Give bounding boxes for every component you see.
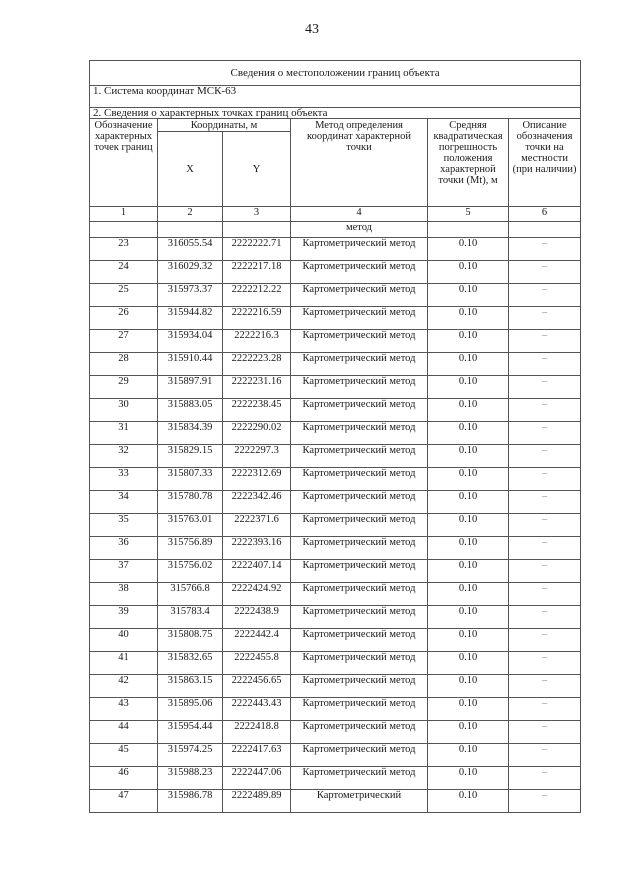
coord-y-cell: 2222447.06 — [223, 767, 291, 790]
method-cell: Картометрический метод — [291, 583, 428, 606]
table-row: 40315808.752222442.4Картометрический мет… — [90, 629, 581, 652]
table-title: Сведения о местоположении границ объекта — [90, 61, 581, 86]
description-cell: – — [509, 307, 581, 330]
point-number-cell: 44 — [90, 721, 158, 744]
table-row: 46315988.232222447.06Картометрический ме… — [90, 767, 581, 790]
error-cell: 0.10 — [428, 698, 509, 721]
point-number-cell: 32 — [90, 445, 158, 468]
method-cell: Картометрический метод — [291, 353, 428, 376]
method-cell: Картометрический метод — [291, 422, 428, 445]
method-cell: Картометрический метод — [291, 560, 428, 583]
point-number-cell: 28 — [90, 353, 158, 376]
section-title: 2. Сведения о характерных точках границ … — [90, 108, 581, 119]
coord-x-cell: 315756.89 — [158, 537, 223, 560]
coord-x-cell: 315834.39 — [158, 422, 223, 445]
coord-y-cell: 2222238.45 — [223, 399, 291, 422]
empty-cell — [509, 222, 581, 238]
error-cell: 0.10 — [428, 307, 509, 330]
coord-x-cell: 315895.06 — [158, 698, 223, 721]
table-row: 27315934.042222216.3Картометрический мет… — [90, 330, 581, 353]
description-cell: – — [509, 445, 581, 468]
coord-x-cell: 315883.05 — [158, 399, 223, 422]
empty-cell — [223, 222, 291, 238]
point-number-cell: 45 — [90, 744, 158, 767]
page-number: 43 — [0, 22, 624, 38]
table-row: 24316029.322222217.18Картометрический ме… — [90, 261, 581, 284]
point-number-cell: 46 — [90, 767, 158, 790]
method-cell: Картометрический метод — [291, 675, 428, 698]
method-cell: Картометрический метод — [291, 307, 428, 330]
coord-y-cell: 2222438.9 — [223, 606, 291, 629]
table-row: 37315756.022222407.14Картометрический ме… — [90, 560, 581, 583]
table-row: 44315954.442222418.8Картометрический мет… — [90, 721, 581, 744]
coord-x-cell: 315756.02 — [158, 560, 223, 583]
description-cell: – — [509, 422, 581, 445]
carryover-row: метод — [90, 222, 581, 238]
coord-y-cell: 2222222.71 — [223, 238, 291, 261]
description-cell: – — [509, 790, 581, 813]
header-error: Средняя квадратическая погрешность полож… — [428, 119, 509, 207]
table-row: 34315780.782222342.46Картометрический ме… — [90, 491, 581, 514]
error-cell: 0.10 — [428, 514, 509, 537]
point-number-cell: 31 — [90, 422, 158, 445]
table-row: 23316055.542222222.71Картометрический ме… — [90, 238, 581, 261]
point-number-cell: 36 — [90, 537, 158, 560]
error-cell: 0.10 — [428, 399, 509, 422]
error-cell: 0.10 — [428, 560, 509, 583]
table-row: 25315973.372222212.22Картометрический ме… — [90, 284, 581, 307]
description-cell: – — [509, 560, 581, 583]
header-description: Описание обозначения точки на местности … — [509, 119, 581, 207]
description-cell: – — [509, 468, 581, 491]
coord-y-cell: 2222442.4 — [223, 629, 291, 652]
table-row: 41315832.652222455.8Картометрический мет… — [90, 652, 581, 675]
coord-y-cell: 2222418.8 — [223, 721, 291, 744]
header-point-designation: Обозначение характерных точек границ — [90, 119, 158, 207]
description-cell: – — [509, 537, 581, 560]
coord-x-cell: 315863.15 — [158, 675, 223, 698]
empty-cell — [158, 222, 223, 238]
description-cell: – — [509, 744, 581, 767]
column-number: 1 — [90, 207, 158, 222]
method-cell: Картометрический метод — [291, 767, 428, 790]
coord-y-cell: 2222393.16 — [223, 537, 291, 560]
point-number-cell: 40 — [90, 629, 158, 652]
carryover-method: метод — [291, 222, 428, 238]
method-cell: Картометрический метод — [291, 330, 428, 353]
point-number-cell: 42 — [90, 675, 158, 698]
coord-y-cell: 2222217.18 — [223, 261, 291, 284]
method-cell: Картометрический метод — [291, 514, 428, 537]
error-cell: 0.10 — [428, 744, 509, 767]
point-number-cell: 25 — [90, 284, 158, 307]
method-cell: Картометрический метод — [291, 238, 428, 261]
point-number-cell: 43 — [90, 698, 158, 721]
method-cell: Картометрический метод — [291, 744, 428, 767]
coord-y-cell: 2222489.89 — [223, 790, 291, 813]
header-x: X — [158, 132, 223, 207]
empty-cell — [90, 222, 158, 238]
table-row: 35315763.012222371.6Картометрический мет… — [90, 514, 581, 537]
column-number: 5 — [428, 207, 509, 222]
description-cell: – — [509, 238, 581, 261]
description-cell: – — [509, 353, 581, 376]
table-row: 31315834.392222290.02Картометрический ме… — [90, 422, 581, 445]
error-cell: 0.10 — [428, 468, 509, 491]
column-number: 2 — [158, 207, 223, 222]
point-number-cell: 37 — [90, 560, 158, 583]
point-number-cell: 38 — [90, 583, 158, 606]
point-number-cell: 47 — [90, 790, 158, 813]
table-row: 42315863.152222456.65Картометрический ме… — [90, 675, 581, 698]
coord-x-cell: 315783.4 — [158, 606, 223, 629]
coord-y-cell: 2222342.46 — [223, 491, 291, 514]
description-cell: – — [509, 261, 581, 284]
table-row: 26315944.822222216.59Картометрический ме… — [90, 307, 581, 330]
description-cell: – — [509, 330, 581, 353]
coord-y-cell: 2222456.65 — [223, 675, 291, 698]
coord-y-cell: 2222424.92 — [223, 583, 291, 606]
error-cell: 0.10 — [428, 583, 509, 606]
method-cell: Картометрический метод — [291, 261, 428, 284]
table-row: 39315783.42222438.9Картометрический мето… — [90, 606, 581, 629]
description-cell: – — [509, 514, 581, 537]
error-cell: 0.10 — [428, 238, 509, 261]
coord-x-cell: 315986.78 — [158, 790, 223, 813]
coord-y-cell: 2222312.69 — [223, 468, 291, 491]
point-number-cell: 33 — [90, 468, 158, 491]
coord-y-cell: 2222212.22 — [223, 284, 291, 307]
error-cell: 0.10 — [428, 284, 509, 307]
point-number-cell: 34 — [90, 491, 158, 514]
method-cell: Картометрический метод — [291, 284, 428, 307]
error-cell: 0.10 — [428, 353, 509, 376]
coord-x-cell: 315974.25 — [158, 744, 223, 767]
description-cell: – — [509, 399, 581, 422]
method-cell: Картометрический метод — [291, 698, 428, 721]
table-row: 33315807.332222312.69Картометрический ме… — [90, 468, 581, 491]
coordinate-system: 1. Система координат МСК-63 — [90, 86, 581, 108]
method-cell: Картометрический метод — [291, 721, 428, 744]
error-cell: 0.10 — [428, 767, 509, 790]
coord-y-cell: 2222407.14 — [223, 560, 291, 583]
error-cell: 0.10 — [428, 629, 509, 652]
column-numbers-row: 1 2 3 4 5 6 — [90, 207, 581, 222]
error-cell: 0.10 — [428, 790, 509, 813]
coord-y-cell: 2222216.59 — [223, 307, 291, 330]
boundary-points-table: Сведения о местоположении границ объекта… — [89, 60, 581, 813]
point-number-cell: 27 — [90, 330, 158, 353]
description-cell: – — [509, 376, 581, 399]
table-row: 47315986.782222489.89Картометрический0.1… — [90, 790, 581, 813]
description-cell: – — [509, 491, 581, 514]
description-cell: – — [509, 675, 581, 698]
error-cell: 0.10 — [428, 537, 509, 560]
error-cell: 0.10 — [428, 491, 509, 514]
point-number-cell: 35 — [90, 514, 158, 537]
point-number-cell: 41 — [90, 652, 158, 675]
header-y: Y — [223, 132, 291, 207]
coord-y-cell: 2222290.02 — [223, 422, 291, 445]
table-row: 28315910.442222223.28Картометрический ме… — [90, 353, 581, 376]
method-cell: Картометрический метод — [291, 399, 428, 422]
coord-x-cell: 316055.54 — [158, 238, 223, 261]
coord-x-cell: 316029.32 — [158, 261, 223, 284]
point-number-cell: 29 — [90, 376, 158, 399]
description-cell: – — [509, 698, 581, 721]
coord-y-cell: 2222297.3 — [223, 445, 291, 468]
method-cell: Картометрический метод — [291, 445, 428, 468]
coord-y-cell: 2222231.16 — [223, 376, 291, 399]
coord-y-cell: 2222417.63 — [223, 744, 291, 767]
point-number-cell: 39 — [90, 606, 158, 629]
coord-x-cell: 315934.04 — [158, 330, 223, 353]
coord-y-cell: 2222216.3 — [223, 330, 291, 353]
coord-x-cell: 315807.33 — [158, 468, 223, 491]
description-cell: – — [509, 629, 581, 652]
coord-x-cell: 315829.15 — [158, 445, 223, 468]
coord-y-cell: 2222443.43 — [223, 698, 291, 721]
header-method: Метод определения координат характерной … — [291, 119, 428, 207]
method-cell: Картометрический метод — [291, 629, 428, 652]
error-cell: 0.10 — [428, 261, 509, 284]
error-cell: 0.10 — [428, 652, 509, 675]
table-row: 45315974.252222417.63Картометрический ме… — [90, 744, 581, 767]
coord-x-cell: 315954.44 — [158, 721, 223, 744]
description-cell: – — [509, 721, 581, 744]
coord-x-cell: 315973.37 — [158, 284, 223, 307]
method-cell: Картометрический метод — [291, 491, 428, 514]
error-cell: 0.10 — [428, 445, 509, 468]
method-cell: Картометрический метод — [291, 376, 428, 399]
method-cell: Картометрический метод — [291, 606, 428, 629]
coord-y-cell: 2222455.8 — [223, 652, 291, 675]
coord-x-cell: 315766.8 — [158, 583, 223, 606]
error-cell: 0.10 — [428, 376, 509, 399]
point-number-cell: 24 — [90, 261, 158, 284]
table-row: 30315883.052222238.45Картометрический ме… — [90, 399, 581, 422]
method-cell: Картометрический — [291, 790, 428, 813]
description-cell: – — [509, 606, 581, 629]
coord-x-cell: 315832.65 — [158, 652, 223, 675]
coord-x-cell: 315808.75 — [158, 629, 223, 652]
description-cell: – — [509, 652, 581, 675]
coord-y-cell: 2222371.6 — [223, 514, 291, 537]
header-coordinates: Координаты, м — [158, 119, 291, 132]
point-number-cell: 23 — [90, 238, 158, 261]
coord-x-cell: 315763.01 — [158, 514, 223, 537]
column-number: 3 — [223, 207, 291, 222]
description-cell: – — [509, 284, 581, 307]
column-number: 6 — [509, 207, 581, 222]
coord-y-cell: 2222223.28 — [223, 353, 291, 376]
table-row: 38315766.82222424.92Картометрический мет… — [90, 583, 581, 606]
table-row: 29315897.912222231.16Картометрический ме… — [90, 376, 581, 399]
table-row: 36315756.892222393.16Картометрический ме… — [90, 537, 581, 560]
point-number-cell: 26 — [90, 307, 158, 330]
coord-x-cell: 315780.78 — [158, 491, 223, 514]
error-cell: 0.10 — [428, 422, 509, 445]
description-cell: – — [509, 767, 581, 790]
description-cell: – — [509, 583, 581, 606]
method-cell: Картометрический метод — [291, 537, 428, 560]
point-number-cell: 30 — [90, 399, 158, 422]
error-cell: 0.10 — [428, 675, 509, 698]
table-row: 43315895.062222443.43Картометрический ме… — [90, 698, 581, 721]
empty-cell — [428, 222, 509, 238]
table-row: 32315829.152222297.3Картометрический мет… — [90, 445, 581, 468]
column-number: 4 — [291, 207, 428, 222]
coord-x-cell: 315988.23 — [158, 767, 223, 790]
error-cell: 0.10 — [428, 330, 509, 353]
coord-x-cell: 315944.82 — [158, 307, 223, 330]
error-cell: 0.10 — [428, 721, 509, 744]
method-cell: Картометрический метод — [291, 652, 428, 675]
coord-x-cell: 315897.91 — [158, 376, 223, 399]
coord-x-cell: 315910.44 — [158, 353, 223, 376]
error-cell: 0.10 — [428, 606, 509, 629]
method-cell: Картометрический метод — [291, 468, 428, 491]
